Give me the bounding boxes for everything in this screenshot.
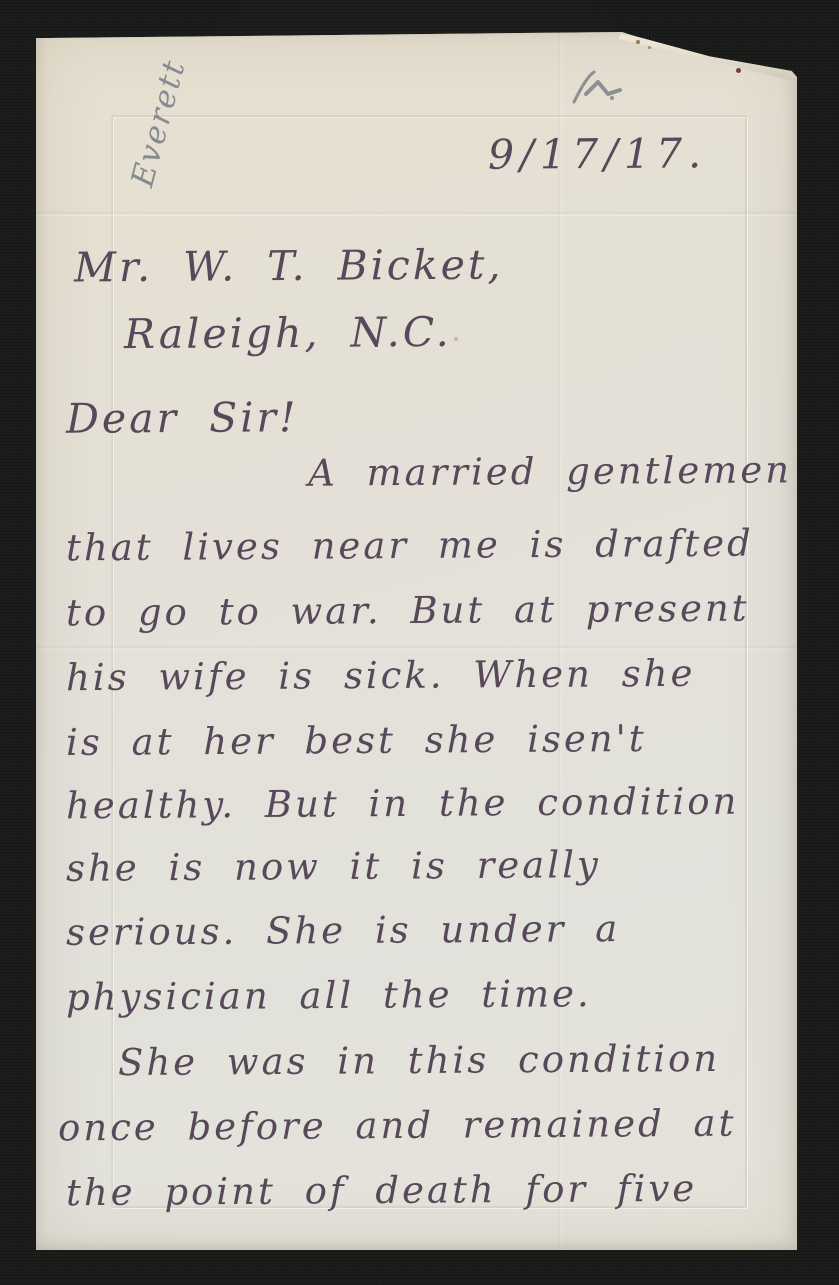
letter-line: healthy. But in the condition	[66, 780, 740, 828]
recipient-name: Mr. W. T. Bicket,	[74, 241, 504, 292]
letter-line: physician all the time.	[66, 972, 592, 1019]
stain-dot	[648, 46, 651, 49]
letter-line: that lives near me is drafted	[66, 522, 754, 570]
letter-line: she is now it is really	[66, 843, 601, 890]
salutation: Dear Sir!	[66, 393, 299, 443]
letter-line: once before and remained at	[58, 1102, 737, 1150]
pencil-check-mark-icon	[568, 64, 634, 114]
letter-date: 9/17/17.	[488, 129, 707, 179]
letter-page: Everett 9/17/17. Mr. W. T. Bicket, Ralei…	[36, 32, 797, 1250]
recipient-city: Raleigh, N.C.	[124, 308, 452, 358]
letter-line: the point of death for five	[66, 1167, 697, 1214]
letter-line: his wife is sick. When she	[66, 652, 696, 699]
letter-line: serious. She is under a	[66, 907, 620, 954]
letter-line: is at her best she isen't	[66, 717, 647, 764]
letter-line: She was in this condition	[118, 1037, 720, 1084]
stain-dot	[454, 337, 458, 341]
letter-line: to go to war. But at present	[66, 587, 750, 635]
stain-dot	[736, 68, 741, 73]
letter-line: A married gentlemen	[308, 448, 792, 494]
stain-dot	[636, 40, 640, 44]
